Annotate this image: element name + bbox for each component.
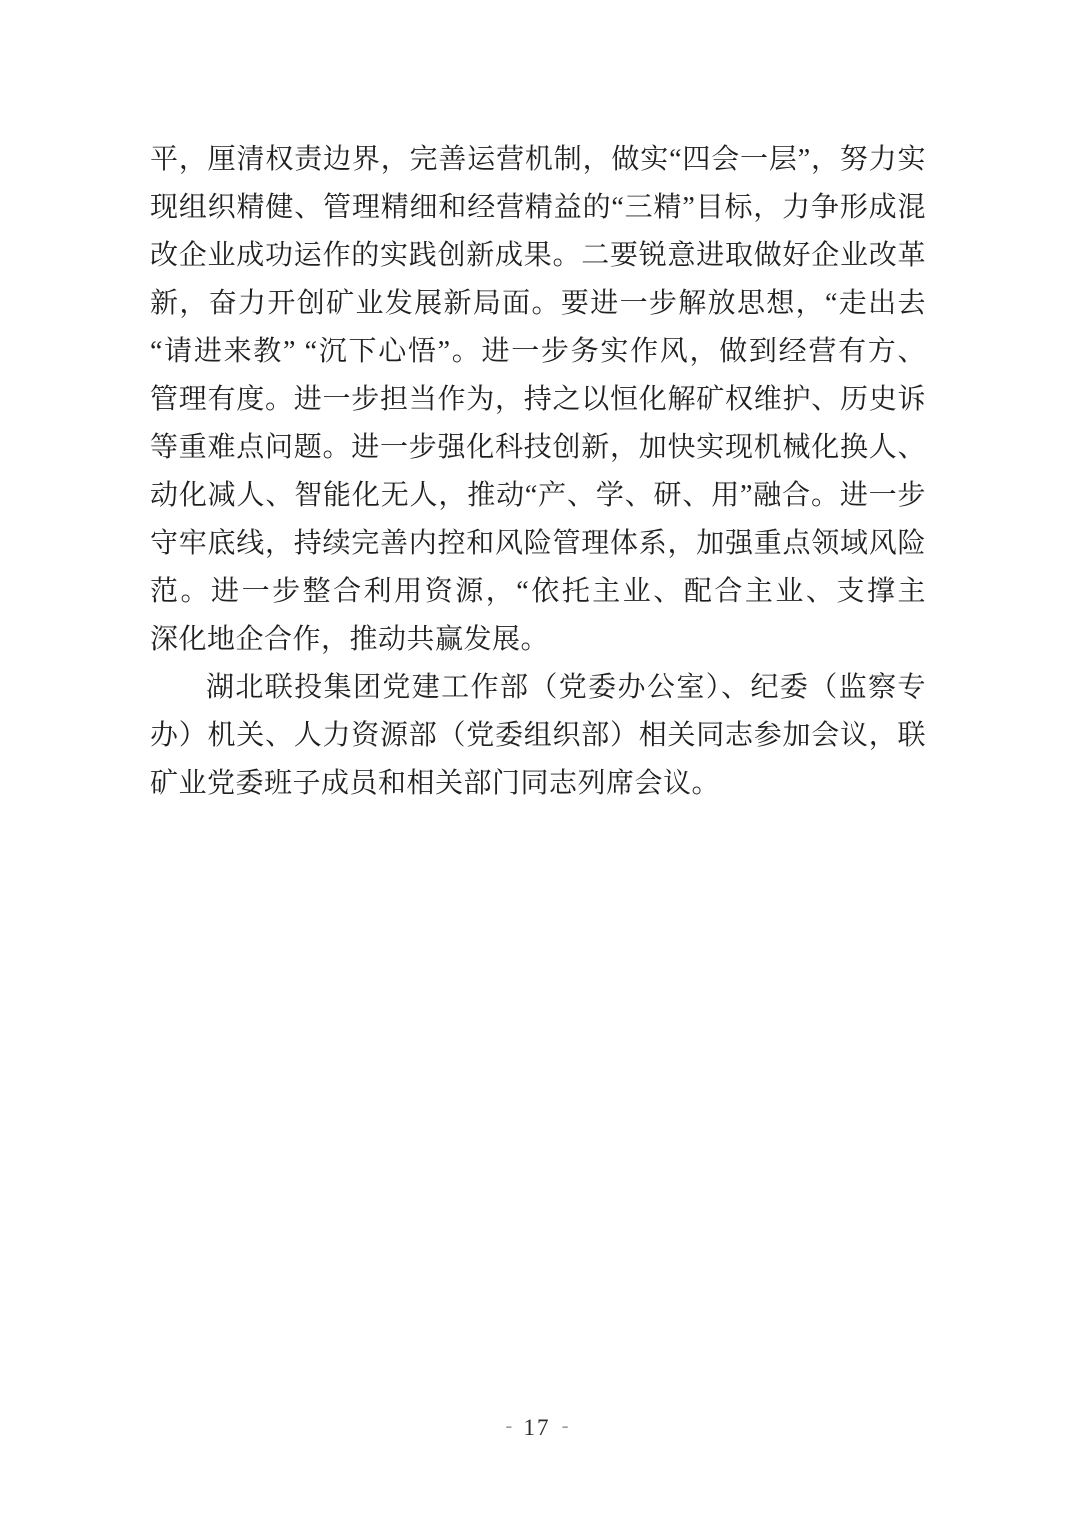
text-line: 范。进一步整合利用资源，“依托主业、配合主业、支撑主业”， — [150, 568, 926, 616]
page-number-value: 17 — [524, 1415, 551, 1440]
text-line: “请进来教” “沉下心悟”。进一步务实作风，做到经营有方、 — [150, 328, 926, 376]
text-line: 新，奋力开创矿业发展新局面。要进一步解放思想，“走出去学” — [150, 280, 926, 328]
text-line: 深化地企合作，推动共赢发展。 — [150, 616, 926, 664]
paragraph-attendance: 湖北联投集团党建工作部（党委办公室）、纪委（监察专员 办）机关、人力资源部（党委… — [150, 664, 926, 808]
page-number: -17- — [0, 1406, 1074, 1448]
text-line: 改企业成功运作的实践创新成果。二要锐意进取做好企业改革创 — [150, 232, 926, 280]
text-line: 守牢底线，持续完善内控和风险管理体系，加强重点领域风险防 — [150, 520, 926, 568]
text-line: 平，厘清权责边界，完善运营机制，做实“四会一层”，努力实 — [150, 136, 926, 184]
text-line: 湖北联投集团党建工作部（党委办公室）、纪委（监察专员 — [150, 664, 926, 712]
text-line: 等重难点问题。进一步强化科技创新，加快实现机械化换人、自 — [150, 424, 926, 472]
text-line: 现组织精健、管理精细和经营精益的“三精”目标，力争形成混 — [150, 184, 926, 232]
text-line: 矿业党委班子成员和相关部门同志列席会议。 — [150, 760, 926, 808]
text-line: 办）机关、人力资源部（党委组织部）相关同志参加会议，联投 — [150, 712, 926, 760]
body-text: 平，厘清权责边界，完善运营机制，做实“四会一层”，努力实 现组织精健、管理精细和… — [150, 136, 926, 808]
text-line: 管理有度。进一步担当作为，持之以恒化解矿权维护、历史诉讼 — [150, 376, 926, 424]
text-line: 动化减人、智能化无人，推动“产、学、研、用”融合。进一步 — [150, 472, 926, 520]
page-number-left-dash: - — [494, 1414, 523, 1438]
document-page: 平，厘清权责边界，完善运营机制，做实“四会一层”，努力实 现组织精健、管理精细和… — [0, 0, 1074, 1520]
page-number-right-dash: - — [551, 1414, 580, 1438]
paragraph-continuation: 平，厘清权责边界，完善运营机制，做实“四会一层”，努力实 现组织精健、管理精细和… — [150, 136, 926, 664]
